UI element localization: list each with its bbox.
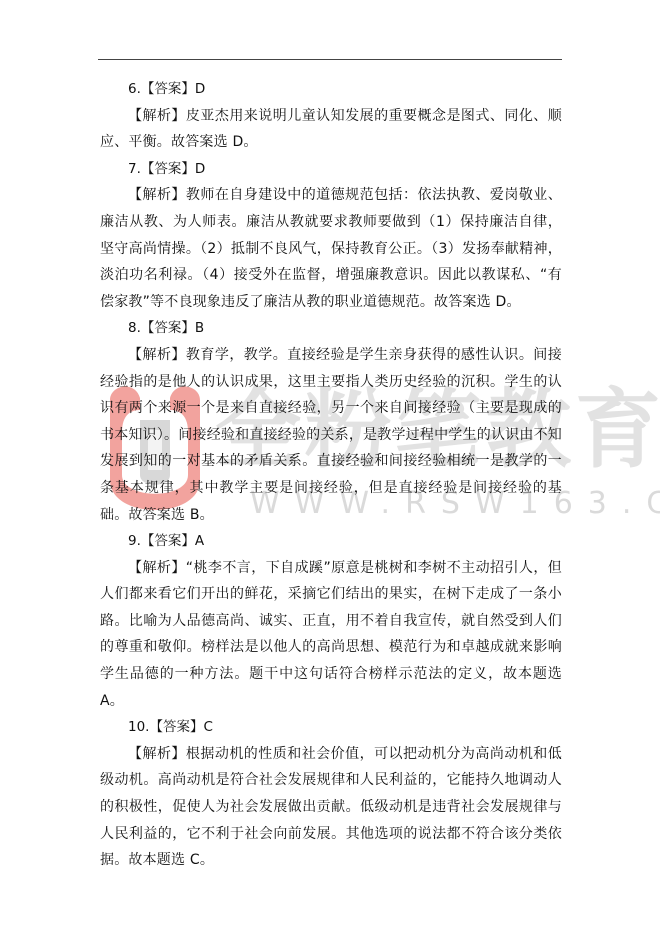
question-number: 10. [128,719,149,735]
question-number: 6. [128,81,141,97]
answer-value: D [195,161,205,177]
answer-label: 【答案】 [141,320,195,336]
answer-value: B [195,320,204,336]
answer-line: 8.【答案】B [100,315,562,342]
answer-value: D [195,81,205,97]
analysis-paragraph: 【解析】根据动机的性质和社会价值，可以把动机分为高尚动机和低级动机。高尚动机是符… [100,741,562,874]
analysis-label: 【解析】 [128,746,186,762]
question-item-8: 8.【答案】B 【解析】教育学，教学。直接经验是学生亲身获得的感性认识。间接经验… [100,315,562,528]
answer-line: 7.【答案】D [100,156,562,183]
question-number: 9. [128,533,141,549]
answer-label: 【答案】 [141,161,195,177]
analysis-label: 【解析】 [128,560,186,576]
answer-value: C [203,719,212,735]
question-number: 7. [128,161,141,177]
answer-label: 【答案】 [141,81,195,97]
analysis-paragraph: 【解析】教师在自身建设中的道德规范包括：依法执教、爱岗敬业、廉洁从教、为人师表。… [100,182,562,315]
answer-line: 10.【答案】C [100,714,562,741]
analysis-text: “桃李不言，下自成蹊”原意是桃树和李树不主动招引人，但人们都来看它们开出的鲜花，… [100,560,562,709]
analysis-paragraph: 【解析】“桃李不言，下自成蹊”原意是桃树和李树不主动招引人，但人们都来看它们开出… [100,555,562,715]
analysis-paragraph: 【解析】皮亚杰用来说明儿童认知发展的重要概念是图式、同化、顺应、平衡。故答案选 … [100,103,562,156]
analysis-label: 【解析】 [128,187,186,203]
question-number: 8. [128,320,141,336]
answer-explanations: 6.【答案】D 【解析】皮亚杰用来说明儿童认知发展的重要概念是图式、同化、顺应、… [100,76,562,874]
analysis-paragraph: 【解析】教育学，教学。直接经验是学生亲身获得的感性认识。间接经验指的是他人的认识… [100,342,562,528]
answer-line: 9.【答案】A [100,528,562,555]
analysis-text: 教师在自身建设中的道德规范包括：依法执教、爱岗敬业、廉洁从教、为人师表。廉洁从教… [100,187,562,309]
analysis-text: 根据动机的性质和社会价值，可以把动机分为高尚动机和低级动机。高尚动机是符合社会发… [100,746,562,868]
analysis-text: 教育学，教学。直接经验是学生亲身获得的感性认识。间接经验指的是他人的认识成果，这… [100,347,562,523]
question-item-10: 10.【答案】C 【解析】根据动机的性质和社会价值，可以把动机分为高尚动机和低级… [100,714,562,874]
header-rule [98,59,562,60]
question-item-9: 9.【答案】A 【解析】“桃李不言，下自成蹊”原意是桃树和李树不主动招引人，但人… [100,528,562,714]
answer-label: 【答案】 [149,719,203,735]
answer-line: 6.【答案】D [100,76,562,103]
question-item-6: 6.【答案】D 【解析】皮亚杰用来说明儿童认知发展的重要概念是图式、同化、顺应、… [100,76,562,156]
answer-label: 【答案】 [141,533,195,549]
question-item-7: 7.【答案】D 【解析】教师在自身建设中的道德规范包括：依法执教、爱岗敬业、廉洁… [100,156,562,316]
analysis-label: 【解析】 [128,347,186,363]
analysis-label: 【解析】 [128,108,186,124]
answer-value: A [195,533,204,549]
